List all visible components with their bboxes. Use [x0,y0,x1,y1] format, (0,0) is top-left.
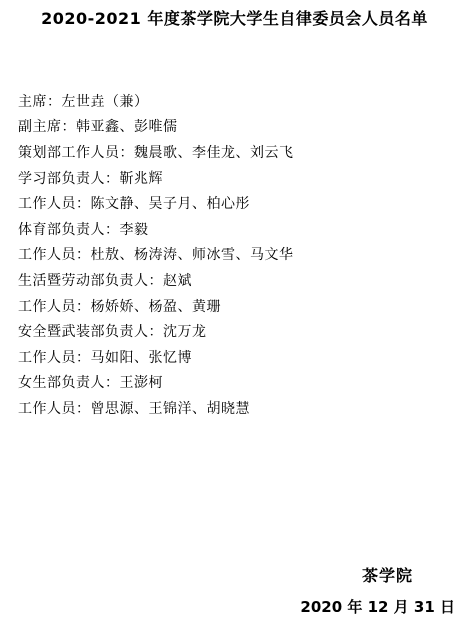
document-date: 2020 年 12 月 31 日 [300,596,455,617]
roster-line-vice-chairman: 副主席：韩亚鑫、彭唯儒 [18,114,459,140]
document-title: 2020-2021 年度茶学院大学生自律委员会人员名单 [0,8,469,30]
roster-line-security-staff: 工作人员：马如阳、张忆博 [18,344,459,370]
roster-list: 主席：左世垚（兼） 副主席：韩亚鑫、彭唯儒 策划部工作人员：魏晨歌、李佳龙、刘云… [18,88,459,421]
roster-line-life-labor-lead: 生活暨劳动部负责人：赵斌 [18,267,459,293]
roster-line-life-labor-staff: 工作人员：杨娇娇、杨盈、黄珊 [18,293,459,319]
roster-line-study-lead: 学习部负责人：靳兆辉 [18,165,459,191]
roster-line-chairman: 主席：左世垚（兼） [18,88,459,114]
roster-line-study-staff: 工作人员：陈文静、吴子月、柏心彤 [18,190,459,216]
roster-line-girls-dept-lead: 女生部负责人：王澎柯 [18,370,459,396]
roster-line-sports-staff: 工作人员：杜敖、杨涛涛、师冰雪、马文华 [18,242,459,268]
document-page: 2020-2021 年度茶学院大学生自律委员会人员名单 主席：左世垚（兼） 副主… [0,0,469,628]
roster-line-planning-staff: 策划部工作人员：魏晨歌、李佳龙、刘云飞 [18,139,459,165]
signature-org: 茶学院 [320,563,455,586]
roster-line-sports-lead: 体育部负责人：李毅 [18,216,459,242]
roster-line-girls-dept-staff: 工作人员：曾思源、王锦洋、胡晓慧 [18,395,459,421]
roster-line-security-lead: 安全暨武装部负责人：沈万龙 [18,318,459,344]
